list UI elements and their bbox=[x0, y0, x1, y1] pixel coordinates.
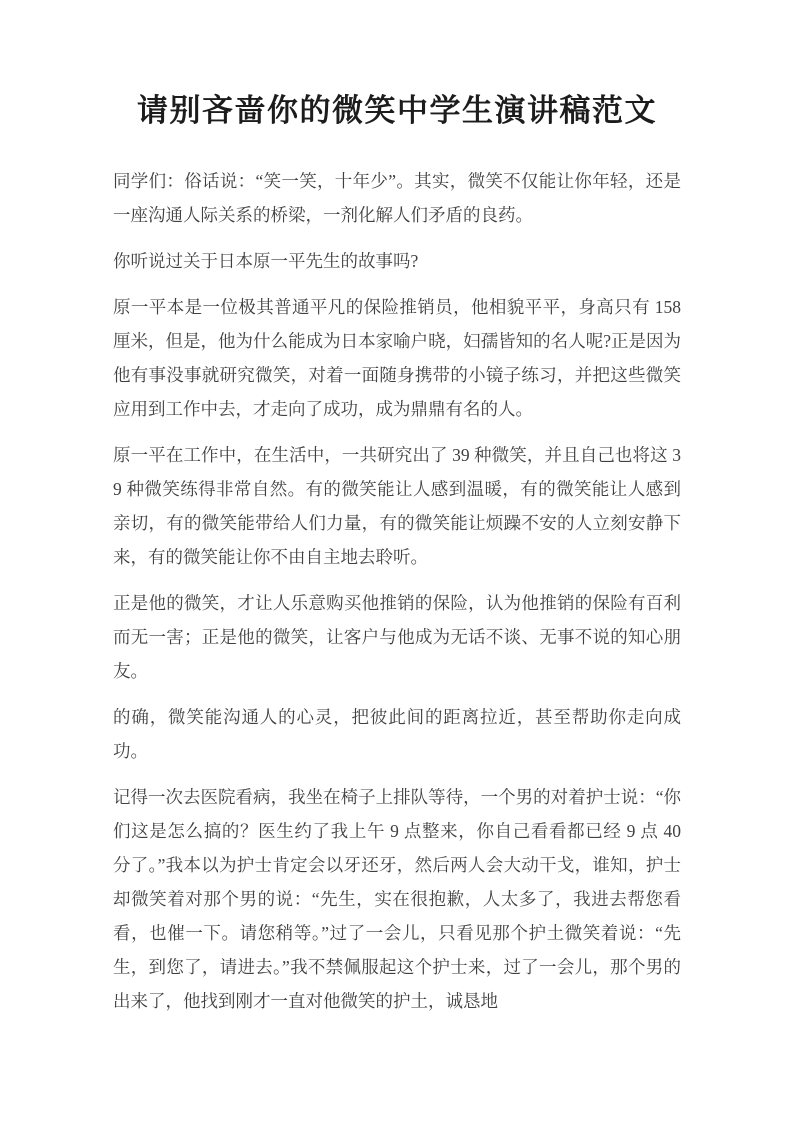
paragraph-intro: 同学们：俗话说：“笑一笑，十年少”。其实，微笑不仅能让你年轻，还是一座沟通人际关… bbox=[113, 164, 681, 232]
document-body: 同学们：俗话说：“笑一笑，十年少”。其实，微笑不仅能让你年轻，还是一座沟通人际关… bbox=[113, 164, 681, 1018]
document-page: 请别吝啬你的微笑中学生演讲稿范文 同学们：俗话说：“笑一笑，十年少”。其实，微笑… bbox=[0, 0, 793, 1122]
paragraph-hara-intro: 原一平本是一位极其普通平凡的保险推销员，他相貌平平，身高只有 158 厘米，但是… bbox=[113, 290, 681, 426]
paragraph-insurance: 正是他的微笑，才让人乐意购买他推销的保险，认为他推销的保险有百利而无一害；正是他… bbox=[113, 586, 681, 688]
paragraph-hospital-story: 记得一次去医院看病，我坐在椅子上排队等待，一个男的对着护士说：“你们这是怎么搞的… bbox=[113, 780, 681, 1018]
page-title: 请别吝啬你的微笑中学生演讲稿范文 bbox=[113, 88, 681, 134]
paragraph-39-smiles: 原一平在工作中，在生活中，一共研究出了 39 种微笑，并且自己也将这 39 种微… bbox=[113, 438, 681, 574]
paragraph-question: 你听说过关于日本原一平先生的故事吗? bbox=[113, 244, 681, 278]
paragraph-summary: 的确，微笑能沟通人的心灵，把彼此间的距离拉近，甚至帮助你走向成功。 bbox=[113, 700, 681, 768]
